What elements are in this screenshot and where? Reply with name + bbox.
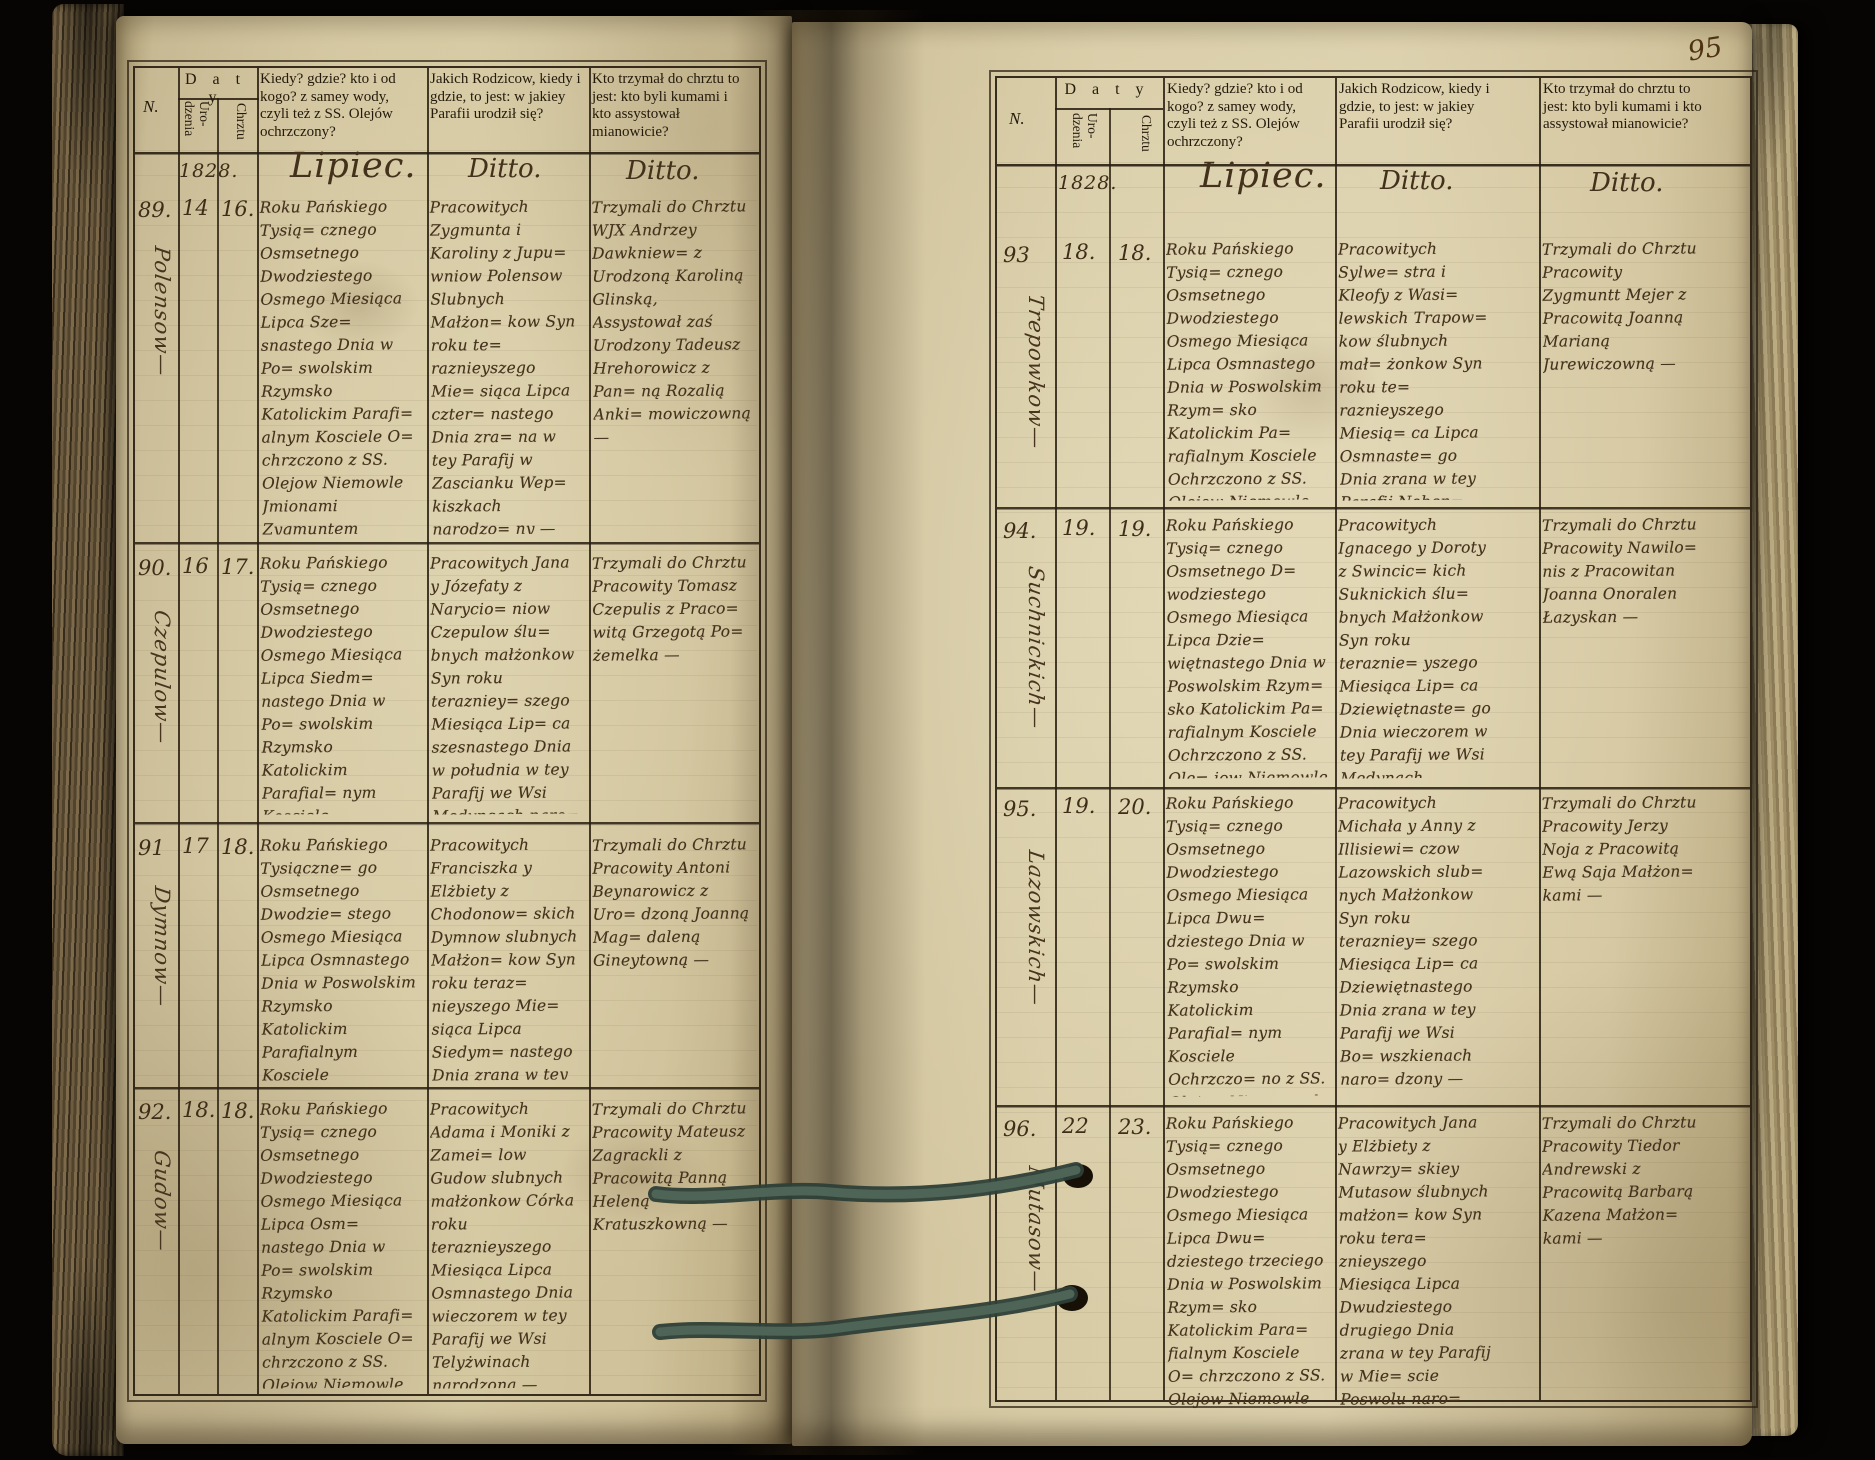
binding-cords [0,0,1875,1460]
binding-cord-highlight [656,1170,1076,1196]
register-book-scan: 95 N. D a t y Uro- dzenia Chrztu Kiedy? … [0,0,1875,1460]
